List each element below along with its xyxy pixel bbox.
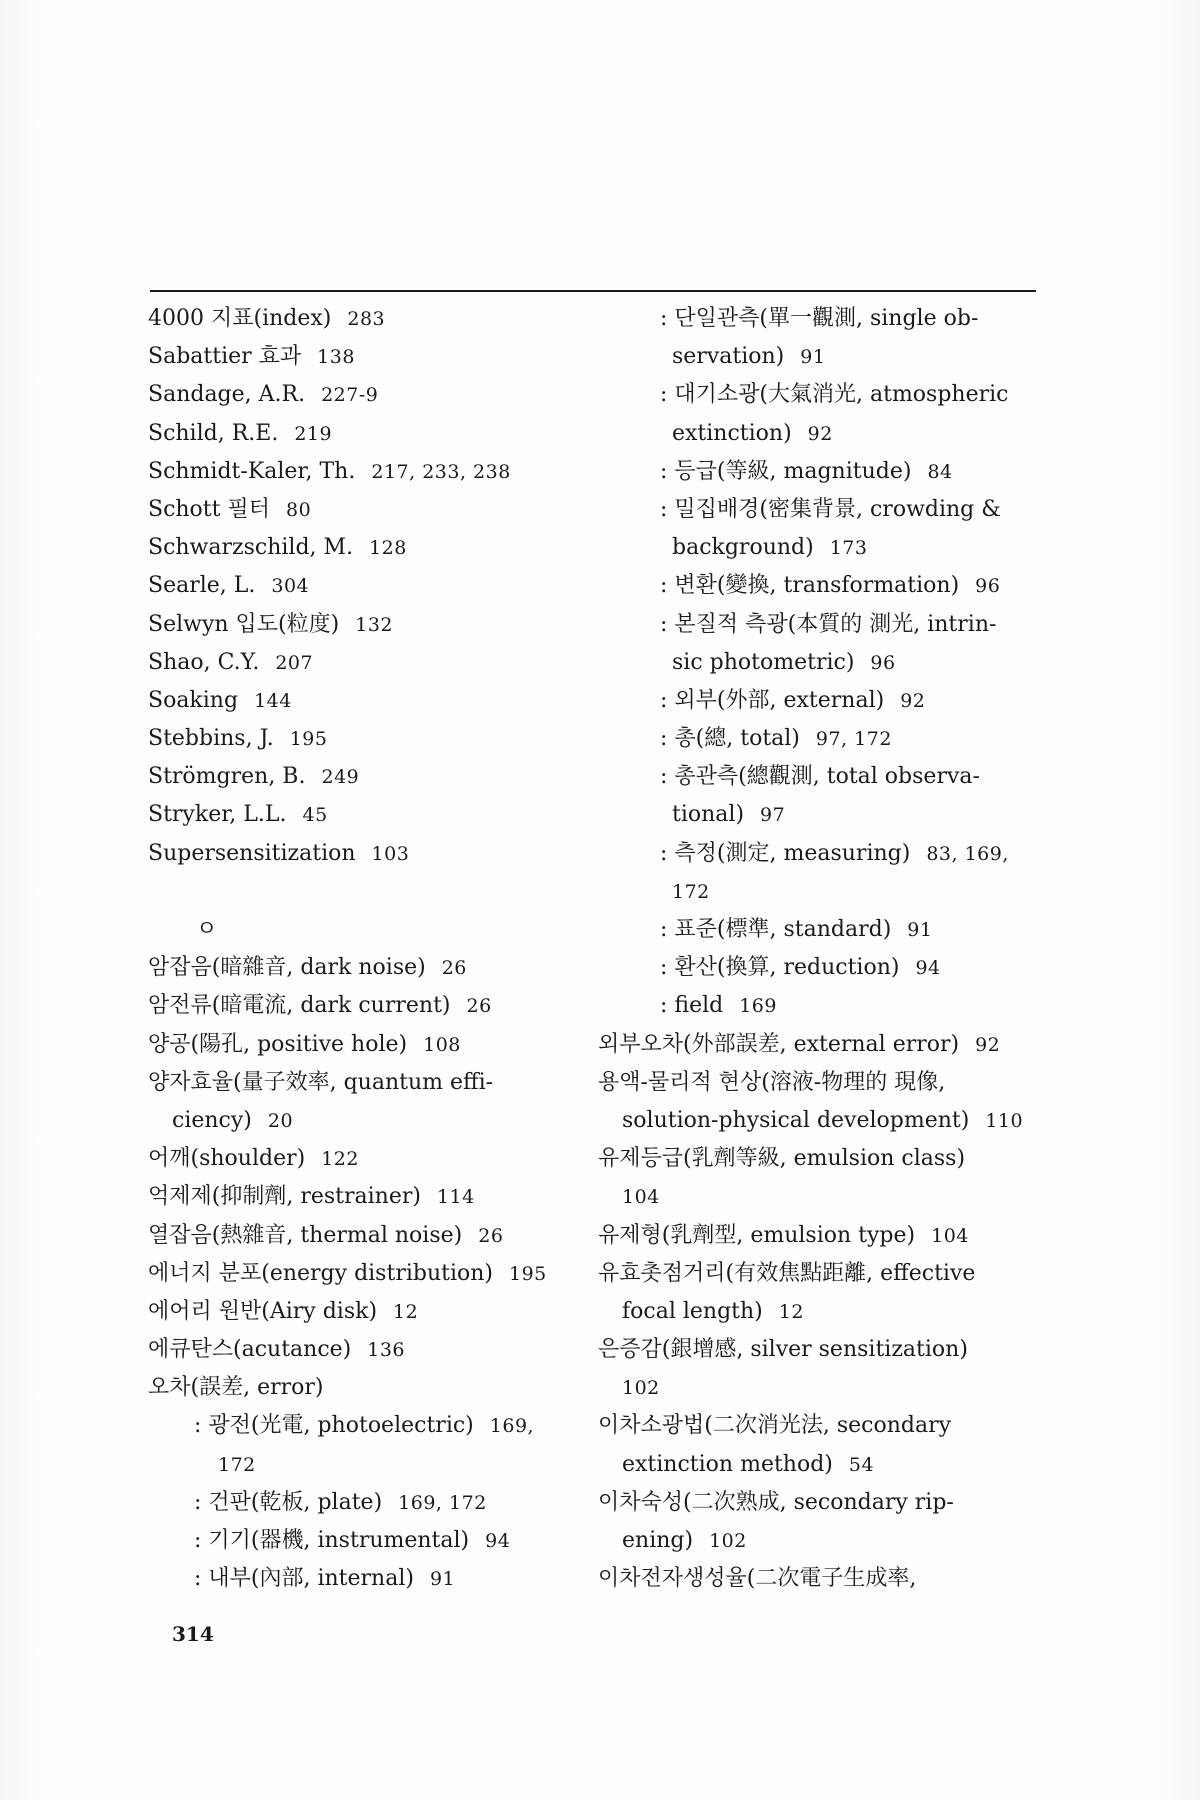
index-term-continuation: extinction) bbox=[672, 421, 792, 446]
page-number: 314 bbox=[172, 1622, 214, 1646]
index-term: 이차전자생성율(二次電子生成率, bbox=[598, 1566, 916, 1591]
page-ref: 169, bbox=[490, 1415, 534, 1437]
index-term: 암전류(暗電流, dark current) bbox=[148, 993, 451, 1018]
index-term: 에어리 원반(Airy disk) bbox=[148, 1299, 377, 1324]
page-ref: 103 bbox=[372, 843, 410, 865]
index-term: Searle, L. bbox=[148, 573, 255, 598]
index-term: Schmidt-Kaler, Th. bbox=[148, 459, 355, 484]
page-ref: 283 bbox=[347, 308, 385, 330]
index-term-continuation: solution-physical development) bbox=[622, 1108, 969, 1133]
page-ref: 91 bbox=[907, 919, 932, 941]
index-term: Soaking bbox=[148, 688, 238, 713]
page-ref: 207 bbox=[275, 652, 313, 674]
page-ref: 92 bbox=[808, 423, 833, 445]
index-term: Stryker, L.L. bbox=[148, 802, 287, 827]
index-term-continuation: background) bbox=[672, 535, 814, 560]
index-term: 외부오차(外部誤差, external error) bbox=[598, 1032, 959, 1057]
index-subterm: : 외부(外部, external) bbox=[660, 688, 884, 713]
page-ref: 83, 169, bbox=[926, 843, 1009, 865]
page-ref: 12 bbox=[779, 1301, 804, 1323]
page-ref: 54 bbox=[849, 1454, 874, 1476]
page-ref: 132 bbox=[355, 614, 393, 636]
page-ref: 217, 233, 238 bbox=[371, 461, 510, 483]
section-letter-heading: ㅇ bbox=[148, 911, 578, 949]
page-ref: 172 bbox=[672, 881, 710, 903]
index-term: Selwyn 입도(粒度) bbox=[148, 612, 339, 637]
page-ref: 128 bbox=[369, 537, 407, 559]
page-ref: 169 bbox=[739, 995, 777, 1017]
index-term: Shao, C.Y. bbox=[148, 650, 259, 675]
page-ref: 104 bbox=[931, 1225, 969, 1247]
page-ref: 94 bbox=[485, 1530, 510, 1552]
index-term: Schwarzschild, M. bbox=[148, 535, 353, 560]
index-subterm: : 단일관측(單一觀測, single ob- bbox=[660, 306, 978, 331]
index-subterm: : 대기소광(大氣消光, atmospheric bbox=[660, 382, 1008, 407]
index-term: 유제등급(乳劑等級, emulsion class) bbox=[598, 1146, 965, 1171]
page-ref: 108 bbox=[423, 1034, 461, 1056]
index-subterm: : 환산(換算, reduction) bbox=[660, 955, 899, 980]
page-ref: 91 bbox=[430, 1568, 455, 1590]
page-ref: 172 bbox=[218, 1454, 256, 1476]
page-ref: 20 bbox=[268, 1110, 293, 1132]
index-term: Schild, R.E. bbox=[148, 421, 278, 446]
page-ref: 91 bbox=[800, 346, 825, 368]
page-ref: 195 bbox=[290, 728, 328, 750]
page-ref: 104 bbox=[622, 1186, 660, 1208]
page-ref: 92 bbox=[900, 690, 925, 712]
index-column-right: : 단일관측(單一觀測, single ob- servation)91 : 대… bbox=[598, 300, 1038, 1598]
index-term: 4000 지표(index) bbox=[148, 306, 331, 331]
index-term-continuation: servation) bbox=[672, 344, 784, 369]
page-ref: 114 bbox=[437, 1186, 475, 1208]
index-subterm: : 기기(器機, instrumental) bbox=[194, 1528, 469, 1553]
page-ref: 138 bbox=[317, 346, 355, 368]
index-term: Supersensitization bbox=[148, 841, 356, 866]
index-column-left: 4000 지표(index)283 Sabattier 효과138 Sandag… bbox=[148, 300, 578, 1598]
index-term: Schott 필터 bbox=[148, 497, 270, 522]
index-term: 이차소광법(二次消光法, secondary bbox=[598, 1413, 951, 1438]
page-ref: 169, 172 bbox=[398, 1492, 487, 1514]
page-ref: 26 bbox=[467, 995, 492, 1017]
index-term: 억제제(抑制劑, restrainer) bbox=[148, 1184, 421, 1209]
index-term: 열잡음(熱雜音, thermal noise) bbox=[148, 1223, 462, 1248]
index-term-continuation: sic photometric) bbox=[672, 650, 854, 675]
index-term-continuation: ening) bbox=[622, 1528, 693, 1553]
page-ref: 94 bbox=[915, 957, 940, 979]
page-ref: 96 bbox=[975, 575, 1000, 597]
index-term: 용액-물리적 현상(溶液-物理的 現像, bbox=[598, 1070, 945, 1095]
index-subterm: : 측정(測定, measuring) bbox=[660, 841, 910, 866]
page-ref: 227-9 bbox=[321, 384, 378, 406]
page-ref: 26 bbox=[442, 957, 467, 979]
index-term-continuation: ciency) bbox=[172, 1108, 252, 1133]
index-term: 이차숙성(二次熟成, secondary rip- bbox=[598, 1490, 954, 1515]
page-ref: 304 bbox=[271, 575, 309, 597]
index-term: Strömgren, B. bbox=[148, 764, 305, 789]
index-subterm: : 총관측(總觀測, total observa- bbox=[660, 764, 980, 789]
page-ref: 96 bbox=[870, 652, 895, 674]
page-ref: 92 bbox=[975, 1034, 1000, 1056]
page-ref: 26 bbox=[478, 1225, 503, 1247]
page-ref: 84 bbox=[927, 461, 952, 483]
header-rule bbox=[150, 290, 1036, 292]
page-ref: 102 bbox=[709, 1530, 747, 1552]
index-subterm: : 표준(標準, standard) bbox=[660, 917, 891, 942]
blank-line bbox=[148, 873, 578, 911]
index-term: Sandage, A.R. bbox=[148, 382, 305, 407]
index-term: 오차(誤差, error) bbox=[148, 1375, 323, 1400]
index-term: 양공(陽孔, positive hole) bbox=[148, 1032, 407, 1057]
index-subterm: : 총(總, total) bbox=[660, 726, 800, 751]
index-term: Sabattier 효과 bbox=[148, 344, 301, 369]
index-term: 유효촛점거리(有效焦點距離, effective bbox=[598, 1261, 975, 1286]
page-ref: 195 bbox=[509, 1263, 547, 1285]
index-term-continuation: extinction method) bbox=[622, 1452, 833, 1477]
page-ref: 249 bbox=[321, 766, 359, 788]
page-ref: 110 bbox=[985, 1110, 1023, 1132]
book-page: 4000 지표(index)283 Sabattier 효과138 Sandag… bbox=[0, 0, 1200, 1800]
index-term: 양자효율(量子效率, quantum effi- bbox=[148, 1070, 493, 1095]
index-term: 은증감(銀增感, silver sensitization) bbox=[598, 1337, 968, 1362]
index-term: 에큐탄스(acutance) bbox=[148, 1337, 351, 1362]
index-subterm: : 본질적 측광(本質的 測光, intrin- bbox=[660, 612, 996, 637]
index-subterm: : field bbox=[660, 993, 723, 1018]
index-subterm: : 변환(變換, transformation) bbox=[660, 573, 959, 598]
page-ref: 97, 172 bbox=[816, 728, 892, 750]
page-ref: 80 bbox=[286, 499, 311, 521]
index-subterm: : 내부(內部, internal) bbox=[194, 1566, 414, 1591]
index-term: 어깨(shoulder) bbox=[148, 1146, 305, 1171]
index-subterm: : 광전(光電, photoelectric) bbox=[194, 1413, 474, 1438]
page-ref: 122 bbox=[321, 1148, 359, 1170]
page-ref: 136 bbox=[367, 1339, 405, 1361]
index-term: 암잡음(暗雜音, dark noise) bbox=[148, 955, 426, 980]
index-subterm: : 등급(等級, magnitude) bbox=[660, 459, 911, 484]
index-term-continuation: focal length) bbox=[622, 1299, 763, 1324]
index-subterm: : 건판(乾板, plate) bbox=[194, 1490, 382, 1515]
page-ref: 45 bbox=[303, 804, 328, 826]
page-ref: 219 bbox=[294, 423, 332, 445]
page-ref: 102 bbox=[622, 1377, 660, 1399]
index-subterm: : 밀집배경(密集背景, crowding & bbox=[660, 497, 1001, 522]
index-term-continuation: tional) bbox=[672, 802, 744, 827]
index-term: 유제형(乳劑型, emulsion type) bbox=[598, 1223, 915, 1248]
index-term: Stebbins, J. bbox=[148, 726, 274, 751]
page-ref: 173 bbox=[830, 537, 868, 559]
index-term: 에너지 분포(energy distribution) bbox=[148, 1261, 493, 1286]
page-ref: 12 bbox=[393, 1301, 418, 1323]
page-ref: 97 bbox=[760, 804, 785, 826]
page-ref: 144 bbox=[254, 690, 292, 712]
